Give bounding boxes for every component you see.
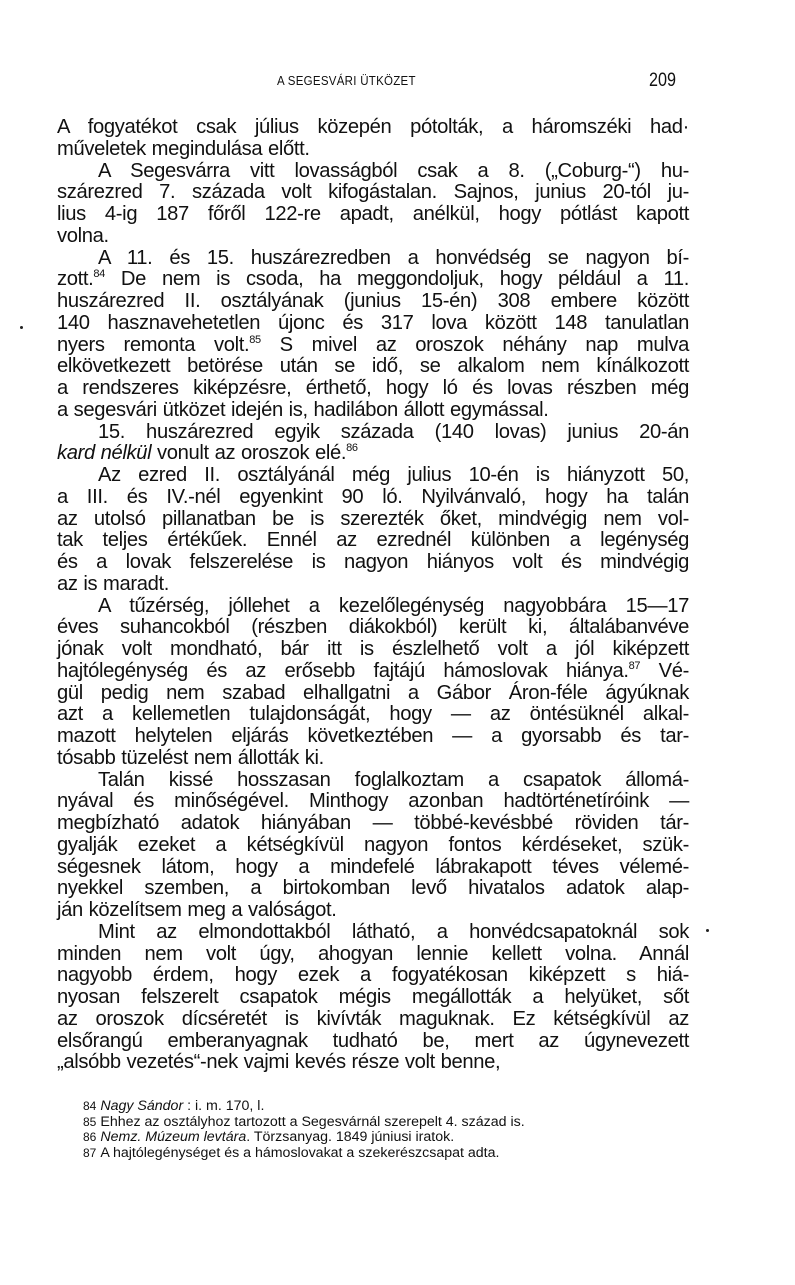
text-line: Az ezred II. osztályánál még julius 10-é… [57, 465, 689, 487]
footnote-number: 86 [83, 1130, 96, 1144]
text-line: zott.84 De nem is csoda, ha meggondoljuk… [57, 269, 689, 291]
text-line: 15. huszárezred egyik százada (140 lovas… [57, 422, 689, 444]
line-text: a rendszeres kiképzésre, érthető, hogy l… [57, 377, 689, 399]
line-text: Talán kissé hosszasan foglalkoztam a csa… [98, 769, 689, 791]
text-line: jónak volt mondható, bár itt is észlelhe… [57, 639, 689, 661]
line-text: A Segesvárra vitt lovasságból csak a 8. … [98, 160, 689, 182]
text-line: tósabb tüzelést nem állották ki. [57, 748, 689, 770]
text-line: ján közelítsem meg a valóságot. [57, 900, 689, 922]
line-text: a III. és IV.-nél egyenkint 90 ló. Nyilv… [57, 486, 689, 508]
text-line: éves suhancokból (részben diákokból) ker… [57, 617, 689, 639]
text-line: A fogyatékot csak július közepén pótoltá… [57, 117, 689, 139]
line-text: a segesvári ütközet idején is, hadilábon… [57, 399, 549, 421]
page-number: 209 [649, 70, 676, 92]
line-text: műveletek megindulása előtt. [57, 138, 310, 160]
line-text: A fogyatékot csak július közepén pótoltá… [57, 116, 689, 138]
text-line: A Segesvárra vitt lovasságból csak a 8. … [57, 161, 689, 183]
text-line: volna. [57, 226, 689, 248]
text-line: nagyobb érdem, hogy ezek a fogyatékosan … [57, 965, 689, 987]
footnote-87: 87A hajtólegénységet és a hámoslovakat a… [83, 1146, 703, 1162]
line-text: tak teljes értékűek. Ennél az ezrednél k… [57, 529, 689, 551]
text-line: gül pedig nem szabad elhallgatni a Gábor… [57, 683, 689, 705]
text-line: mazott helytelen eljárás következtében —… [57, 726, 689, 748]
text-line: 140 hasznavehetetlen újonc és 317 lova k… [57, 313, 689, 335]
line-text: jónak volt mondható, bár itt is észlelhe… [57, 638, 689, 660]
line-text: 15. huszárezred egyik százada (140 lovas… [98, 421, 689, 443]
text-line: azt a kellemetlen tulajdonságát, hogy — … [57, 704, 689, 726]
line-text: nyekkel szemben, a birtokomban levő hiva… [57, 877, 689, 899]
footnote-reference[interactable]: 86 [346, 442, 358, 454]
text-line: a III. és IV.-nél egyenkint 90 ló. Nyilv… [57, 487, 689, 509]
footnote-text: A hajtólegénységet és a hámoslovakat a s… [100, 1145, 499, 1161]
italic-text: kard nélkül [57, 442, 151, 464]
text-line: nyosan felszerelt csapatok mégis megállo… [57, 987, 689, 1009]
line-text: lius 4-ig 187 főről 122-re apadt, anélkü… [57, 203, 689, 225]
line-text: 140 hasznavehetetlen újonc és 317 lova k… [57, 312, 689, 334]
text-line: a rendszeres kiképzésre, érthető, hogy l… [57, 378, 689, 400]
line-text: nyával és minőségével. Minthogy azonban … [57, 790, 689, 812]
text-line: és a lovak felszerelése is nagyon hiányo… [57, 552, 689, 574]
footnote-number: 84 [83, 1099, 96, 1113]
footnote-source: Nagy Sándor [100, 1098, 183, 1114]
text-line: hajtólegénység és az erősebb fajtájú hám… [57, 661, 689, 683]
line-text: Vé- [640, 660, 689, 682]
margin-mark-right [706, 929, 709, 932]
footnote-reference[interactable]: 84 [93, 268, 105, 280]
text-line: Mint az elmondottakból látható, a honvéd… [57, 922, 689, 944]
line-text: az is maradt. [57, 573, 169, 595]
footnote-text: : i. m. 170, l. [183, 1098, 264, 1114]
footnotes: 84Nagy Sándor : i. m. 170, l.85Ehhez az … [83, 1099, 703, 1161]
line-text: elkövetkezett betörése után se idő, se a… [57, 355, 689, 377]
line-text: és a lovak felszerelése is nagyon hiányo… [57, 551, 689, 573]
footnote-reference[interactable]: 85 [249, 334, 261, 346]
line-text: gyalják ezeket a kétségkívül nagyon font… [57, 834, 689, 856]
body-text: A fogyatékot csak július közepén pótoltá… [57, 117, 689, 1074]
text-line: kard nélkül vonult az oroszok elé.86 [57, 443, 689, 465]
line-text: Az ezred II. osztályánál még julius 10-é… [98, 464, 689, 486]
text-line: A tűzérség, jóllehet a kezelőlegénység n… [57, 596, 689, 618]
line-text: De nem is csoda, ha meggondoljuk, hogy p… [105, 268, 689, 290]
footnote-86: 86Nemz. Múzeum levtára. Törzsanyag. 1849… [83, 1130, 703, 1146]
line-text: elsőrangú emberanyagnak tudható be, mert… [57, 1030, 689, 1052]
line-text: az utolsó pillanatban be is szerezték ők… [57, 508, 689, 530]
line-text: S mivel az oroszok néhány nap mulva [261, 334, 689, 356]
text-line: nyával és minőségével. Minthogy azonban … [57, 791, 689, 813]
text-line: az oroszok dícséretét is kivívták magukn… [57, 1009, 689, 1031]
line-text: A 11. és 15. huszárezredben a honvédség … [98, 247, 689, 269]
line-text: szárezred 7. százada volt kifogástalan. … [57, 181, 689, 203]
footnote-number: 87 [83, 1146, 96, 1160]
text-line: az is maradt. [57, 574, 689, 596]
text-line: elkövetkezett betörése után se idő, se a… [57, 356, 689, 378]
line-text: gül pedig nem szabad elhallgatni a Gábor… [57, 682, 689, 704]
line-text: nagyobb érdem, hogy ezek a fogyatékosan … [57, 964, 689, 986]
footnote-source: Nemz. Múzeum levtára [100, 1129, 246, 1145]
footnote-84: 84Nagy Sándor : i. m. 170, l. [83, 1099, 703, 1115]
text-line: elsőrangú emberanyagnak tudható be, mert… [57, 1031, 689, 1053]
line-text: ján közelítsem meg a valóságot. [57, 899, 337, 921]
running-title: A SEGESVÁRI ÜTKÖZET [277, 74, 416, 88]
line-text: mazott helytelen eljárás következtében —… [57, 725, 689, 747]
text-line: megbízható adatok hiányában — többé-kevé… [57, 813, 689, 835]
text-line: A 11. és 15. huszárezredben a honvédség … [57, 248, 689, 270]
text-line: nyekkel szemben, a birtokomban levő hiva… [57, 878, 689, 900]
margin-mark-left [20, 326, 23, 329]
footnote-reference[interactable]: 87 [629, 660, 641, 672]
line-text: éves suhancokból (részben diákokból) ker… [57, 616, 689, 638]
line-text: azt a kellemetlen tulajdonságát, hogy — … [57, 703, 689, 725]
text-line: lius 4-ig 187 főről 122-re apadt, anélkü… [57, 204, 689, 226]
text-line: gyalják ezeket a kétségkívül nagyon font… [57, 835, 689, 857]
footnote-85: 85Ehhez az osztályhoz tartozott a Segesv… [83, 1115, 703, 1131]
text-line: „alsóbb vezetés“-nek vajmi kevés része v… [57, 1052, 689, 1074]
line-text: nyers remonta volt. [57, 334, 249, 356]
line-text: minden nem volt úgy, ahogyan lennie kell… [57, 943, 689, 965]
text-line: Talán kissé hosszasan foglalkoztam a csa… [57, 770, 689, 792]
line-text: volna. [57, 225, 109, 247]
footnote-text: . Törzsanyag. 1849 júniusi iratok. [246, 1129, 454, 1145]
line-text: hajtólegénység és az erősebb fajtájú hám… [57, 660, 629, 682]
line-text: vonult az oroszok elé. [151, 442, 346, 464]
text-line: tak teljes értékűek. Ennél az ezrednél k… [57, 530, 689, 552]
text-line: ségesnek látom, hogy a mindefelé lábraka… [57, 857, 689, 879]
text-line: műveletek megindulása előtt. [57, 139, 689, 161]
footnote-number: 85 [83, 1115, 96, 1129]
line-text: megbízható adatok hiányában — többé-kevé… [57, 812, 689, 834]
footnote-text: Ehhez az osztályhoz tartozott a Segesvár… [100, 1114, 524, 1130]
line-text: „alsóbb vezetés“-nek vajmi kevés része v… [57, 1051, 500, 1073]
line-text: huszárezred II. osztályának (junius 15-é… [57, 290, 689, 312]
text-line: huszárezred II. osztályának (junius 15-é… [57, 291, 689, 313]
line-text: ségesnek látom, hogy a mindefelé lábraka… [57, 856, 689, 878]
text-line: a segesvári ütközet idején is, hadilábon… [57, 400, 689, 422]
line-text: zott. [57, 268, 93, 290]
text-line: az utolsó pillanatban be is szerezték ők… [57, 509, 689, 531]
text-line: nyers remonta volt.85 S mivel az oroszok… [57, 335, 689, 357]
line-text: tósabb tüzelést nem állották ki. [57, 747, 324, 769]
line-text: Mint az elmondottakból látható, a honvéd… [98, 921, 689, 943]
line-text: A tűzérség, jóllehet a kezelőlegénység n… [98, 595, 689, 617]
text-line: szárezred 7. százada volt kifogástalan. … [57, 182, 689, 204]
line-text: az oroszok dícséretét is kivívták magukn… [57, 1008, 689, 1030]
line-text: nyosan felszerelt csapatok mégis megállo… [57, 986, 689, 1008]
page-header: A SEGESVÁRI ÜTKÖZET 209 [0, 70, 795, 100]
text-line: minden nem volt úgy, ahogyan lennie kell… [57, 944, 689, 966]
